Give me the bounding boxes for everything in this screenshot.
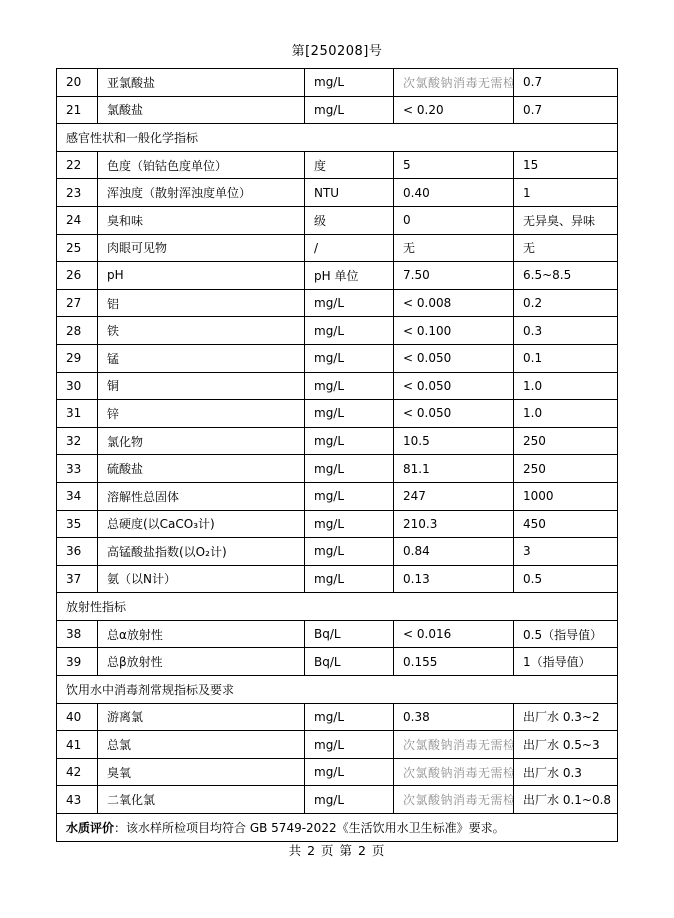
cell-value: < 0.100	[394, 317, 514, 345]
cell-limit: 1.0	[514, 372, 618, 400]
cell-name: 总硬度(以CaCO₃计)	[98, 510, 305, 538]
cell-limit: 无异臭、异味	[514, 206, 618, 234]
cell-no: 26	[57, 262, 98, 290]
cell-limit: 出厂水 0.1~0.8	[514, 786, 618, 814]
cell-unit: mg/L	[305, 758, 394, 786]
cell-limit: 0.7	[514, 69, 618, 97]
table-row: 39总β放射性Bq/L0.1551（指导值）	[57, 648, 618, 676]
cell-limit: 出厂水 0.5~3	[514, 731, 618, 759]
cell-name: 铁	[98, 317, 305, 345]
cell-unit: mg/L	[305, 427, 394, 455]
evaluation-cell: 水质评价：该水样所检项目均符合 GB 5749-2022《生活饮用水卫生标准》要…	[57, 814, 618, 842]
table-row: 35总硬度(以CaCO₃计)mg/L210.3450	[57, 510, 618, 538]
evaluation-label: 水质评价	[66, 821, 114, 835]
cell-unit: NTU	[305, 179, 394, 207]
cell-no: 40	[57, 703, 98, 731]
cell-no: 36	[57, 538, 98, 566]
cell-value: < 0.050	[394, 344, 514, 372]
cell-name: 色度（铂钴色度单位）	[98, 151, 305, 179]
cell-no: 29	[57, 344, 98, 372]
cell-no: 30	[57, 372, 98, 400]
cell-limit: 1000	[514, 482, 618, 510]
cell-value: < 0.20	[394, 96, 514, 124]
cell-value: 0.40	[394, 179, 514, 207]
cell-value: 10.5	[394, 427, 514, 455]
cell-limit: 6.5~8.5	[514, 262, 618, 290]
cell-value: 7.50	[394, 262, 514, 290]
table-row: 33硫酸盐mg/L81.1250	[57, 455, 618, 483]
cell-no: 28	[57, 317, 98, 345]
cell-limit: 1（指导值）	[514, 648, 618, 676]
table-row: 36高锰酸盐指数(以O₂计)mg/L0.843	[57, 538, 618, 566]
cell-value: 次氯酸钠消毒无需检测	[394, 731, 514, 759]
cell-value: 0.155	[394, 648, 514, 676]
cell-no: 41	[57, 731, 98, 759]
table-row: 43二氧化氯mg/L次氯酸钠消毒无需检测出厂水 0.1~0.8	[57, 786, 618, 814]
cell-unit: mg/L	[305, 96, 394, 124]
cell-value: 247	[394, 482, 514, 510]
cell-value: 81.1	[394, 455, 514, 483]
doc-number: 第[250208]号	[0, 40, 674, 59]
cell-unit: mg/L	[305, 731, 394, 759]
table-row: 31锌mg/L< 0.0501.0	[57, 400, 618, 428]
cell-limit: 无	[514, 234, 618, 262]
cell-no: 20	[57, 69, 98, 97]
cell-limit: 0.2	[514, 289, 618, 317]
cell-value: 次氯酸钠消毒无需检测	[394, 69, 514, 97]
cell-name: 氯酸盐	[98, 96, 305, 124]
cell-name: 亚氯酸盐	[98, 69, 305, 97]
cell-limit: 1	[514, 179, 618, 207]
cell-name: 硫酸盐	[98, 455, 305, 483]
table-row: 21氯酸盐mg/L< 0.200.7	[57, 96, 618, 124]
cell-no: 38	[57, 620, 98, 648]
cell-name: 浑浊度（散射浑浊度单位）	[98, 179, 305, 207]
cell-no: 34	[57, 482, 98, 510]
cell-value: < 0.050	[394, 372, 514, 400]
cell-limit: 出厂水 0.3	[514, 758, 618, 786]
cell-unit: 级	[305, 206, 394, 234]
section-title: 感官性状和一般化学指标	[57, 124, 618, 152]
section-row: 饮用水中消毒剂常规指标及要求	[57, 676, 618, 704]
cell-no: 25	[57, 234, 98, 262]
cell-name: 铜	[98, 372, 305, 400]
evaluation-text: ：该水样所检项目均符合 GB 5749-2022《生活饮用水卫生标准》要求。	[114, 821, 505, 835]
water-quality-report: 20亚氯酸盐mg/L次氯酸钠消毒无需检测0.721氯酸盐mg/L< 0.200.…	[56, 68, 618, 842]
cell-name: 游离氯	[98, 703, 305, 731]
cell-no: 23	[57, 179, 98, 207]
cell-unit: mg/L	[305, 455, 394, 483]
section-row: 放射性指标	[57, 593, 618, 621]
cell-unit: mg/L	[305, 400, 394, 428]
cell-limit: 0.3	[514, 317, 618, 345]
cell-name: 锌	[98, 400, 305, 428]
cell-limit: 15	[514, 151, 618, 179]
cell-name: 总氯	[98, 731, 305, 759]
cell-limit: 0.5（指导值）	[514, 620, 618, 648]
cell-unit: mg/L	[305, 538, 394, 566]
table-row: 20亚氯酸盐mg/L次氯酸钠消毒无需检测0.7	[57, 69, 618, 97]
cell-name: 铝	[98, 289, 305, 317]
cell-unit: mg/L	[305, 344, 394, 372]
cell-no: 37	[57, 565, 98, 593]
cell-value: 0.13	[394, 565, 514, 593]
cell-no: 42	[57, 758, 98, 786]
cell-name: 总α放射性	[98, 620, 305, 648]
table-row: 34溶解性总固体mg/L2471000	[57, 482, 618, 510]
table-row: 41总氯mg/L次氯酸钠消毒无需检测出厂水 0.5~3	[57, 731, 618, 759]
table-row: 23浑浊度（散射浑浊度单位）NTU0.401	[57, 179, 618, 207]
cell-name: 臭氧	[98, 758, 305, 786]
cell-limit: 3	[514, 538, 618, 566]
cell-no: 31	[57, 400, 98, 428]
cell-value: < 0.050	[394, 400, 514, 428]
cell-limit: 1.0	[514, 400, 618, 428]
table-row: 27铝mg/L< 0.0080.2	[57, 289, 618, 317]
cell-name: 总β放射性	[98, 648, 305, 676]
cell-no: 27	[57, 289, 98, 317]
cell-value: 0.38	[394, 703, 514, 731]
table-row: 26pHpH 单位7.506.5~8.5	[57, 262, 618, 290]
cell-unit: mg/L	[305, 786, 394, 814]
cell-no: 43	[57, 786, 98, 814]
cell-unit: mg/L	[305, 317, 394, 345]
table-row: 40游离氯mg/L0.38出厂水 0.3~2	[57, 703, 618, 731]
section-title: 放射性指标	[57, 593, 618, 621]
cell-limit: 0.7	[514, 96, 618, 124]
cell-limit: 250	[514, 427, 618, 455]
table-row: 28铁mg/L< 0.1000.3	[57, 317, 618, 345]
cell-no: 21	[57, 96, 98, 124]
cell-value: 次氯酸钠消毒无需检测	[394, 786, 514, 814]
cell-name: 臭和味	[98, 206, 305, 234]
cell-value: 5	[394, 151, 514, 179]
cell-unit: Bq/L	[305, 620, 394, 648]
table-row: 30铜mg/L< 0.0501.0	[57, 372, 618, 400]
cell-unit: mg/L	[305, 565, 394, 593]
table-row: 42臭氧mg/L次氯酸钠消毒无需检测出厂水 0.3	[57, 758, 618, 786]
table-row: 37氨（以N计）mg/L0.130.5	[57, 565, 618, 593]
cell-limit: 250	[514, 455, 618, 483]
cell-unit: mg/L	[305, 69, 394, 97]
cell-limit: 0.1	[514, 344, 618, 372]
report-table-body: 20亚氯酸盐mg/L次氯酸钠消毒无需检测0.721氯酸盐mg/L< 0.200.…	[57, 69, 618, 814]
cell-unit: 度	[305, 151, 394, 179]
cell-no: 39	[57, 648, 98, 676]
cell-unit: mg/L	[305, 372, 394, 400]
cell-name: pH	[98, 262, 305, 290]
page-number-footer: 共 2 页 第 2 页	[0, 841, 674, 859]
cell-value: 0	[394, 206, 514, 234]
cell-name: 溶解性总固体	[98, 482, 305, 510]
table-row: 22色度（铂钴色度单位）度515	[57, 151, 618, 179]
cell-name: 锰	[98, 344, 305, 372]
cell-limit: 0.5	[514, 565, 618, 593]
report-table: 20亚氯酸盐mg/L次氯酸钠消毒无需检测0.721氯酸盐mg/L< 0.200.…	[56, 68, 618, 842]
cell-unit: mg/L	[305, 482, 394, 510]
cell-no: 32	[57, 427, 98, 455]
cell-unit: /	[305, 234, 394, 262]
cell-no: 24	[57, 206, 98, 234]
cell-unit: mg/L	[305, 289, 394, 317]
cell-no: 35	[57, 510, 98, 538]
cell-value: < 0.016	[394, 620, 514, 648]
cell-no: 33	[57, 455, 98, 483]
cell-name: 氨（以N计）	[98, 565, 305, 593]
cell-value: 次氯酸钠消毒无需检测	[394, 758, 514, 786]
table-row: 32氯化物mg/L10.5250	[57, 427, 618, 455]
section-row: 感官性状和一般化学指标	[57, 124, 618, 152]
cell-unit: mg/L	[305, 510, 394, 538]
table-row: 25肉眼可见物/无无	[57, 234, 618, 262]
cell-unit: Bq/L	[305, 648, 394, 676]
cell-name: 高锰酸盐指数(以O₂计)	[98, 538, 305, 566]
cell-limit: 出厂水 0.3~2	[514, 703, 618, 731]
cell-unit: mg/L	[305, 703, 394, 731]
cell-value: < 0.008	[394, 289, 514, 317]
table-row: 38总α放射性Bq/L< 0.0160.5（指导值）	[57, 620, 618, 648]
evaluation-row: 水质评价：该水样所检项目均符合 GB 5749-2022《生活饮用水卫生标准》要…	[57, 814, 618, 842]
cell-no: 22	[57, 151, 98, 179]
cell-name: 肉眼可见物	[98, 234, 305, 262]
cell-name: 二氧化氯	[98, 786, 305, 814]
table-row: 29锰mg/L< 0.0500.1	[57, 344, 618, 372]
cell-name: 氯化物	[98, 427, 305, 455]
section-title: 饮用水中消毒剂常规指标及要求	[57, 676, 618, 704]
cell-limit: 450	[514, 510, 618, 538]
cell-value: 210.3	[394, 510, 514, 538]
cell-value: 无	[394, 234, 514, 262]
cell-value: 0.84	[394, 538, 514, 566]
cell-unit: pH 单位	[305, 262, 394, 290]
table-row: 24臭和味级0无异臭、异味	[57, 206, 618, 234]
